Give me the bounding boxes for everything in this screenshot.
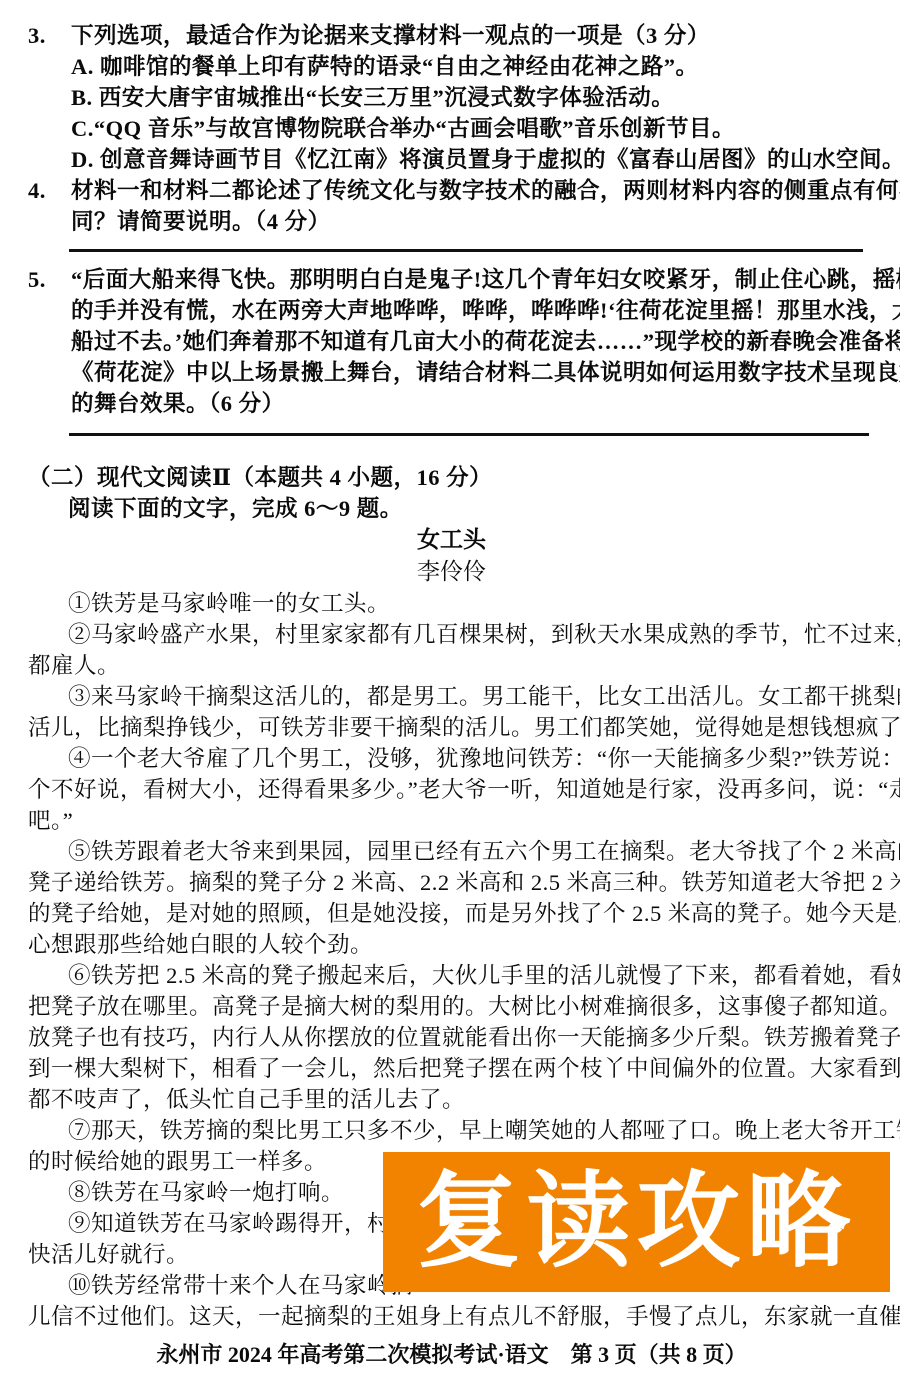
answer-rule-1 <box>69 249 863 252</box>
passage-title: 女工头 <box>28 524 875 556</box>
question-4-number: 4. <box>28 175 46 206</box>
question-4: 4. 材料一和材料二都论述了传统文化与数字技术的融合，两则材料内容的侧重点有何不… <box>28 175 875 237</box>
story-line: 个不好说，看树大小，还得看果多少。”老大爷一听，知道她是行家，没再多问，说：“走 <box>28 774 875 805</box>
story-line: ⑤铁芳跟着老大爷来到果园，园里已经有五六个男工在摘梨。老大爷找了个 2 米高的 <box>28 836 875 867</box>
story-line: 活儿，比摘梨挣钱少，可铁芳非要干摘梨的活儿。男工们都笑她，觉得她是想钱想疯了。 <box>28 712 875 743</box>
passage-author: 李伶伶 <box>28 556 875 588</box>
question-3-stem: 3. 下列选项，最适合作为论据来支撑材料一观点的一项是（3 分） <box>28 20 875 51</box>
story-line: 把凳子放在哪里。高凳子是摘大树的梨用的。大树比小树难摘很多，这事傻子都知道。摆 <box>28 991 875 1022</box>
story-line: 放凳子也有技巧，内行人从你摆放的位置就能看出你一天能摘多少斤梨。铁芳搬着凳子来 <box>28 1022 875 1053</box>
question-5-text-1: “后面大船来得飞快。那明明白白是鬼子!这几个青年妇女咬紧牙，制止住心跳，摇橹 <box>71 267 900 292</box>
question-5-line-3: 船过不去。’她们奔着那不知道有几亩大小的荷花淀去……”现学校的新春晚会准备将 <box>28 326 875 357</box>
story-line: ⑦那天，铁芳摘的梨比男工只多不少，早上嘲笑她的人都哑了口。晚上老大爷开工钱 <box>28 1115 875 1146</box>
story-line: 心想跟那些给她白眼的人较个劲。 <box>28 929 875 960</box>
question-3-option-c: C.“QQ 音乐”与故宫博物院联合举办“古画会唱歌”音乐创新节目。 <box>28 113 875 144</box>
question-5-line-1: 5. “后面大船来得飞快。那明明白白是鬼子!这几个青年妇女咬紧牙，制止住心跳，摇… <box>28 264 875 295</box>
watermark-banner: 复读攻略 <box>383 1152 890 1292</box>
story-line: 儿信不过他们。这天，一起摘梨的王姐身上有点儿不舒服，手慢了点儿，东家就一直催。 <box>28 1301 875 1332</box>
story-line: ⑥铁芳把 2.5 米高的凳子搬起来后，大伙儿手里的活儿就慢了下来，都看着她，看她 <box>28 960 875 991</box>
story-line: 都雇人。 <box>28 650 875 681</box>
question-4-text-1: 材料一和材料二都论述了传统文化与数字技术的融合，两则材料内容的侧重点有何不 <box>71 178 900 203</box>
story-line: ②马家岭盛产水果，村里家家都有几百棵果树，到秋天水果成熟的季节，忙不过来， <box>28 619 875 650</box>
story-line: ④一个老大爷雇了几个男工，没够，犹豫地问铁芳：“你一天能摘多少梨?”铁芳说：“这 <box>28 743 875 774</box>
section-2-heading: （二）现代文阅读Ⅱ（本题共 4 小题，16 分） <box>28 462 875 493</box>
question-3-option-a: A. 咖啡馆的餐单上印有萨特的语录“自由之神经由花神之路”。 <box>28 51 875 82</box>
question-4-line-2: 同？请简要说明。（4 分） <box>28 206 875 237</box>
question-4-line-1: 4. 材料一和材料二都论述了传统文化与数字技术的融合，两则材料内容的侧重点有何不 <box>28 175 875 206</box>
question-5-line-4: 《荷花淀》中以上场景搬上舞台，请结合材料二具体说明如何运用数字技术呈现良好 <box>28 357 875 388</box>
story-line: 吧。” <box>28 805 875 836</box>
question-5-line-5: 的舞台效果。（6 分） <box>28 388 875 419</box>
question-3-option-d: D. 创意音舞诗画节目《忆江南》将演员置身于虚拟的《富春山居图》的山水空间。 <box>28 144 875 175</box>
question-3-option-b: B. 西安大唐宇宙城推出“长安三万里”沉浸式数字体验活动。 <box>28 82 875 113</box>
story-line: 都不吱声了，低头忙自己手里的活儿去了。 <box>28 1084 875 1115</box>
story-line: 凳子递给铁芳。摘梨的凳子分 2 米高、2.2 米高和 2.5 米高三种。铁芳知道… <box>28 867 875 898</box>
section-2-intro: 阅读下面的文字，完成 6～9 题。 <box>28 493 875 524</box>
question-3-stem-text: 下列选项，最适合作为论据来支撑材料一观点的一项是（3 分） <box>71 23 710 48</box>
story-line: 的凳子给她，是对她的照顾，但是她没接，而是另外找了个 2.5 米高的凳子。她今天… <box>28 898 875 929</box>
question-5-line-2: 的手并没有慌，水在两旁大声地哗哗，哗哗，哗哗哗!‘往荷花淀里摇！那里水浅，大 <box>28 295 875 326</box>
answer-rule-2 <box>69 433 869 436</box>
story-line: 到一棵大梨树下，相看了一会儿，然后把凳子摆在两个枝丫中间偏外的位置。大家看到后 <box>28 1053 875 1084</box>
exam-page: 3. 下列选项，最适合作为论据来支撑材料一观点的一项是（3 分） A. 咖啡馆的… <box>0 0 900 1390</box>
page-footer: 永州市 2024 年高考第二次模拟考试·语文 第 3 页（共 8 页） <box>28 1340 875 1370</box>
question-5: 5. “后面大船来得飞快。那明明白白是鬼子!这几个青年妇女咬紧牙，制止住心跳，摇… <box>28 264 875 419</box>
question-5-number: 5. <box>28 264 46 295</box>
story-line: ①铁芳是马家岭唯一的女工头。 <box>28 588 875 619</box>
question-3: 3. 下列选项，最适合作为论据来支撑材料一观点的一项是（3 分） A. 咖啡馆的… <box>28 20 875 175</box>
story-line: ③来马家岭干摘梨这活儿的，都是男工。男工能干，比女工出活儿。女工都干挑梨的 <box>28 681 875 712</box>
question-3-number: 3. <box>28 20 46 51</box>
watermark-banner-text: 复读攻略 <box>416 1152 856 1292</box>
